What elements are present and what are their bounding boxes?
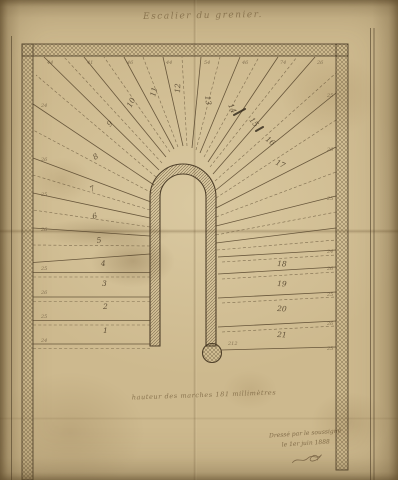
dimension-number: 25 xyxy=(40,266,47,272)
dimension-number: 25 xyxy=(326,93,333,99)
step-number: 18 xyxy=(277,259,287,268)
dimension-number: 26 xyxy=(40,157,48,163)
step-number: 21 xyxy=(276,330,287,340)
step-number: 16 xyxy=(264,134,277,147)
step-number: 20 xyxy=(276,304,287,314)
step-number: 4 xyxy=(100,259,106,268)
step-number: 17 xyxy=(274,158,287,170)
dimension-number: 46 xyxy=(126,60,134,66)
dimension-number: 26 xyxy=(326,321,334,327)
step-number: 12 xyxy=(173,83,182,93)
dimension-number: 212 xyxy=(227,341,238,347)
step-number: 8 xyxy=(91,151,100,161)
central-newel-wall xyxy=(150,164,216,346)
left-wall xyxy=(22,44,33,480)
dimension-number: 26 xyxy=(326,266,334,272)
step-number: 1 xyxy=(103,326,108,335)
step-number: 10 xyxy=(125,96,138,109)
step-number: 5 xyxy=(96,235,102,245)
dimension-number: 54 xyxy=(204,60,210,66)
step-number: 2 xyxy=(102,302,108,311)
step-number: 7 xyxy=(88,184,96,194)
staircase-plan-drawing: 123456789101112131415161718192021 252625… xyxy=(0,0,398,480)
dimension-number: 46 xyxy=(241,60,249,66)
dimension-number: 25 xyxy=(40,192,47,198)
dimension-number: 41 xyxy=(86,60,93,66)
dimension-number: 26 xyxy=(326,147,334,153)
dimension-number: 24 xyxy=(326,249,333,255)
dimension-number: 26 xyxy=(316,60,324,66)
dimension-number: 24 xyxy=(40,103,47,109)
dimension-number: 44 xyxy=(165,60,172,66)
step-number: 19 xyxy=(277,279,287,288)
newel-post xyxy=(203,344,222,363)
dimension-number: 26 xyxy=(40,290,48,296)
top-wall xyxy=(22,44,348,56)
step-number: 6 xyxy=(91,211,98,221)
dimension-number: 25 xyxy=(326,196,333,202)
signature-flourish xyxy=(292,455,322,464)
step-number: 11 xyxy=(148,86,159,97)
dimension-number: 74 xyxy=(280,60,286,66)
dimension-number: 25 xyxy=(40,314,47,320)
dimension-number: 44 xyxy=(46,60,53,66)
sheet-border-lines xyxy=(12,28,375,480)
step-number: 3 xyxy=(102,279,107,288)
step-number: 13 xyxy=(203,95,213,106)
dimension-number: 24 xyxy=(40,338,47,344)
tread-lines xyxy=(33,57,336,350)
dimension-number: 26 xyxy=(40,227,48,233)
aged-paper-sheet: 123456789101112131415161718192021 252625… xyxy=(0,0,398,480)
dimension-number: 25 xyxy=(326,346,333,352)
step-number: 9 xyxy=(105,119,115,129)
dimension-number: 25 xyxy=(326,292,333,298)
dimension-labels: 2526252426252624444146445446742625262524… xyxy=(40,60,334,352)
right-wall xyxy=(336,44,348,470)
